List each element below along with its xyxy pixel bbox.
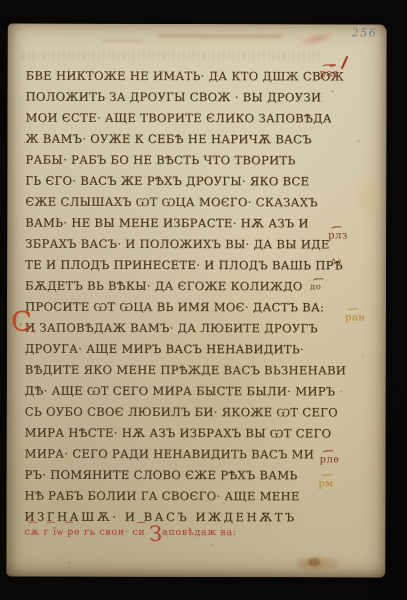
text-line: ръ· помяните слово єже рѣхъ вамь [25,465,341,487]
rubric-line: сѫ г їѡ ре гь свои· си Заповѣдаж ва: [24,527,236,540]
manuscript-photo: 256 бве никтоже не имать· да кто дшж сво… [0,0,407,600]
text-line: бве никтоже не имать· да кто дшж свож [26,66,342,88]
text-line: просите ѡт ѡца вь имя моє· дастъ ва: [25,297,341,319]
parchment-page: 256 бве никтоже не имать· да кто дшж сво… [6,24,386,578]
margin-note: ран [345,312,366,323]
text-line: вамь· не вы мене избрасте· нѫ азъ и [25,213,341,235]
folio-number: 256 [352,26,378,39]
text-line: дѣ· аще ѡт сего мира бысте были· миръ [25,381,341,403]
rubric-pre: сѫ г їѡ ре гь свои· си [24,527,149,538]
text-line: ж вамъ· оуже к себѣ не наричѫ васъ [25,129,341,151]
text-line: и заповѣдаж вамъ· да любите дроугъ [25,318,341,340]
text-block: бве никтоже не имать· да кто дшж свожпол… [24,66,341,529]
margin-note: рлѳ [320,454,340,465]
margin-note-text: раѕ [320,68,339,79]
text-line: нѣ рабъ болии га своєго· аще мене [24,486,340,508]
margin-note: рлз [328,230,348,241]
parchment-specks [8,24,10,26]
initial-letter: С [11,309,32,336]
ghost-heading-bleed [158,34,283,38]
ghost-text-bleed [23,51,323,61]
text-line: рабы· рабъ бо не вѣсть что творить [25,150,341,172]
text-line: мира нѣсте· нѫ азъ избрахъ вы ѡт сего [25,423,341,445]
ghost-heading-bleed-2 [103,40,143,43]
text-line: бѫдетъ вь вѣкы· да єгоже колиждо [25,276,341,298]
text-line: єже слышахъ ѡт ѡца моєго· сказахъ [25,192,341,214]
marginalia-layer: раѕрлзранрлѳрмдо [8,24,387,25]
text-line: вѣдите яко мене прѣжде васъ вьзненави [25,360,341,382]
margin-note: рм [319,478,334,489]
margin-note-text: до [310,282,321,292]
stain-bottom-right [296,555,340,572]
stain-red-smear [297,30,336,49]
text-line: збрахъ васъ· и положихъ вы· да вы иде [25,234,341,256]
margin-note-text: рлѳ [320,454,340,465]
margin-note: до [310,282,321,292]
margin-note: раѕ [320,68,339,79]
rubric-post: аповѣдаж ва: [162,527,237,538]
text-line: сь оубо своє любилъ би· якоже ѡт сего [25,402,341,424]
margin-note-text: рлз [328,230,348,241]
text-line: дроуга· аще миръ васъ ненавидить· [25,339,341,361]
red-slash-mark [341,56,348,69]
text-line: мои єсте· аще творите єлико заповѣда [25,108,341,130]
margin-note-text: рм [319,478,334,489]
stain-bottom-right-core [308,558,320,566]
text-line: те и плодъ принесете· и плодъ вашь прѣ [25,255,341,277]
text-line: мира· сего ради ненавидить васъ ми [25,444,341,466]
stain-yellow-edge [357,172,383,222]
text-line: гь єго· васъ же рѣхъ дроугы· яко все [25,171,341,193]
text-line: положить за дроугы свож · вы дроузи [26,87,342,109]
margin-note-text: ран [345,312,366,323]
rubric-initial: З [149,522,162,546]
